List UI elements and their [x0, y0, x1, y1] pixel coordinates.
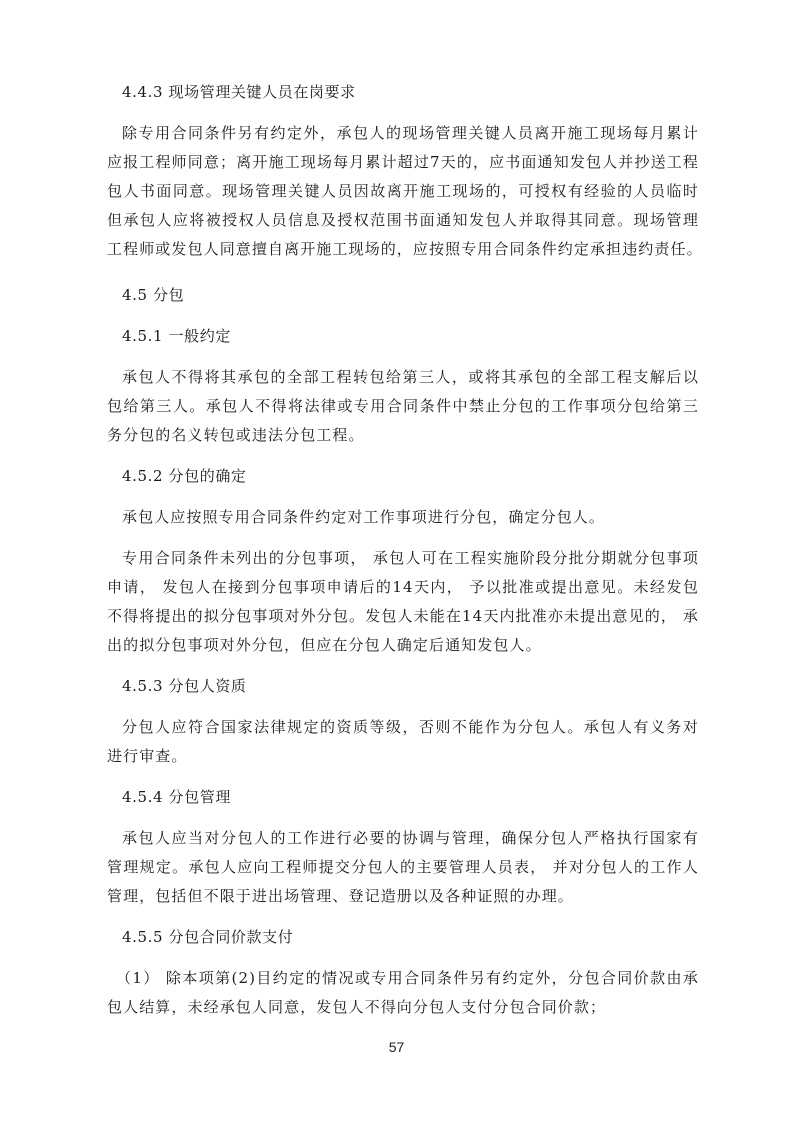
page-number: 57 [0, 1039, 793, 1055]
paragraph-line: 不得将提出的拟分包事项对外分包。发包人未能在14天内批准亦未提出意见的， 承包人… [107, 606, 699, 626]
paragraph-line: 除专用合同条件另有约定外，承包人的现场管理关键人员离开施工现场每月累计不超过7天… [122, 123, 699, 143]
paragraph-line: 务分包的名义转包或违法分包工程。 [107, 425, 699, 445]
section-heading-4-5-5: 4.5.5 分包合同价款支付 [122, 927, 293, 947]
paragraph-line: 申请， 发包人在接到分包事项申请后的14天内， 予以批准或提出意见。未经发包人同… [107, 577, 699, 597]
paragraph-line: 承包人应当对分包人的工作进行必要的协调与管理，确保分包人严格执行国家有关分包事项… [122, 828, 699, 848]
paragraph-line: 管理，包括但不限于进出场管理、登记造册以及各种证照的办理。 [107, 886, 699, 906]
paragraph-line: （1） 除本项第(2)目约定的情况或专用合同条件另有约定外，分包合同价款由承包人… [116, 968, 699, 988]
section-heading-4-5-4: 4.5.4 分包管理 [122, 787, 231, 807]
paragraph-line: 承包人应按照专用合同条件约定对工作事项进行分包，确定分包人。 [122, 507, 699, 527]
paragraph-line: 包给第三人。承包人不得将法律或专用合同条件中禁止分包的工作事项分包给第三人， 不… [107, 396, 699, 416]
paragraph-line: 工程师或发包人同意擅自离开施工现场的，应按照专用合同条件约定承担违约责任。 [107, 239, 699, 259]
section-heading-4-5-1: 4.5.1 一般约定 [122, 326, 231, 346]
paragraph-line: 管理规定。承包人应向工程师提交分包人的主要管理人员表， 并对分包人的工作人员进行… [107, 857, 699, 877]
paragraph-line: 出的拟分包事项对外分包，但应在分包人确定后通知发包人。 [107, 635, 699, 655]
section-heading-4-5-3: 4.5.3 分包人资质 [122, 676, 247, 696]
section-heading-4-4-3: 4.4.3 现场管理关键人员在岗要求 [122, 82, 356, 102]
paragraph-line: 进行审查。 [107, 746, 699, 766]
paragraph-line: 包人结算，未经承包人同意，发包人不得向分包人支付分包合同价款； [107, 997, 699, 1017]
section-heading-4-5-2: 4.5.2 分包的确定 [122, 466, 247, 486]
section-heading-4-5: 4.5 分包 [122, 285, 184, 305]
paragraph-line: 承包人不得将其承包的全部工程转包给第三人，或将其承包的全部工程支解后以分包的名义… [122, 367, 699, 387]
document-page: 4.4.3 现场管理关键人员在岗要求 除专用合同条件另有约定外，承包人的现场管理… [0, 0, 793, 1122]
paragraph-line: 应报工程师同意；离开施工现场每月累计超过7天的，应书面通知发包人并抄送工程师，征… [107, 152, 699, 172]
paragraph-line: 但承包人应将被授权人员信息及授权范围书面通知发包人并取得其同意。现场管理关键人员… [107, 210, 699, 230]
paragraph-line: 专用合同条件未列出的分包事项， 承包人可在工程实施阶段分批分期就分包事项向发包人… [122, 548, 699, 568]
paragraph-line: 包人书面同意。现场管理关键人员因故离开施工现场的，可授权有经验的人员临时代行其职… [107, 181, 699, 201]
paragraph-line: 分包人应符合国家法律规定的资质等级，否则不能作为分包人。承包人有义务对分包人的资… [122, 717, 699, 737]
